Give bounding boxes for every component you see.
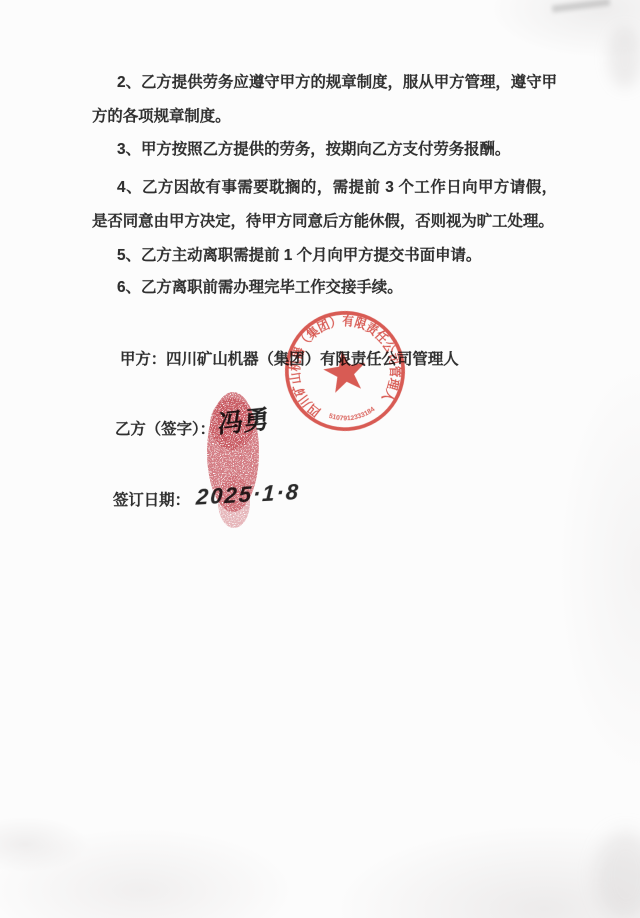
clause-3: 3、甲方按照乙方提供的劳务，按期向乙方支付劳务报酬。 <box>92 133 557 167</box>
clause-4: 4、乙方因故有事需要耽搁的，需提前 3 个工作日向甲方请假，是否同意由甲方决定，… <box>92 171 557 239</box>
scan-artifact-streak <box>552 0 610 13</box>
clause-2: 2、乙方提供劳务应遵守甲方的规章制度，服从甲方管理，遵守甲方的各项规章制度。 <box>92 66 557 134</box>
scan-artifact-blob <box>608 28 640 88</box>
company-seal: 四川矿山机器（集团）有限责任公司管理人 5107912333184 <box>273 299 417 443</box>
clause-6: 6、乙方离职前需办理完毕工作交接手续。 <box>92 271 557 305</box>
scan-artifact-blob <box>596 830 640 918</box>
fingerprint-mark <box>198 390 268 530</box>
sign-date-label: 签订日期： <box>113 492 190 509</box>
clause-5: 5、乙方主动离职需提前 1 个月向甲方提交书面申请。 <box>92 239 557 273</box>
document-page: 2、乙方提供劳务应遵守甲方的规章制度，服从甲方管理，遵守甲方的各项规章制度。 3… <box>0 0 640 918</box>
seal-star <box>321 348 369 394</box>
